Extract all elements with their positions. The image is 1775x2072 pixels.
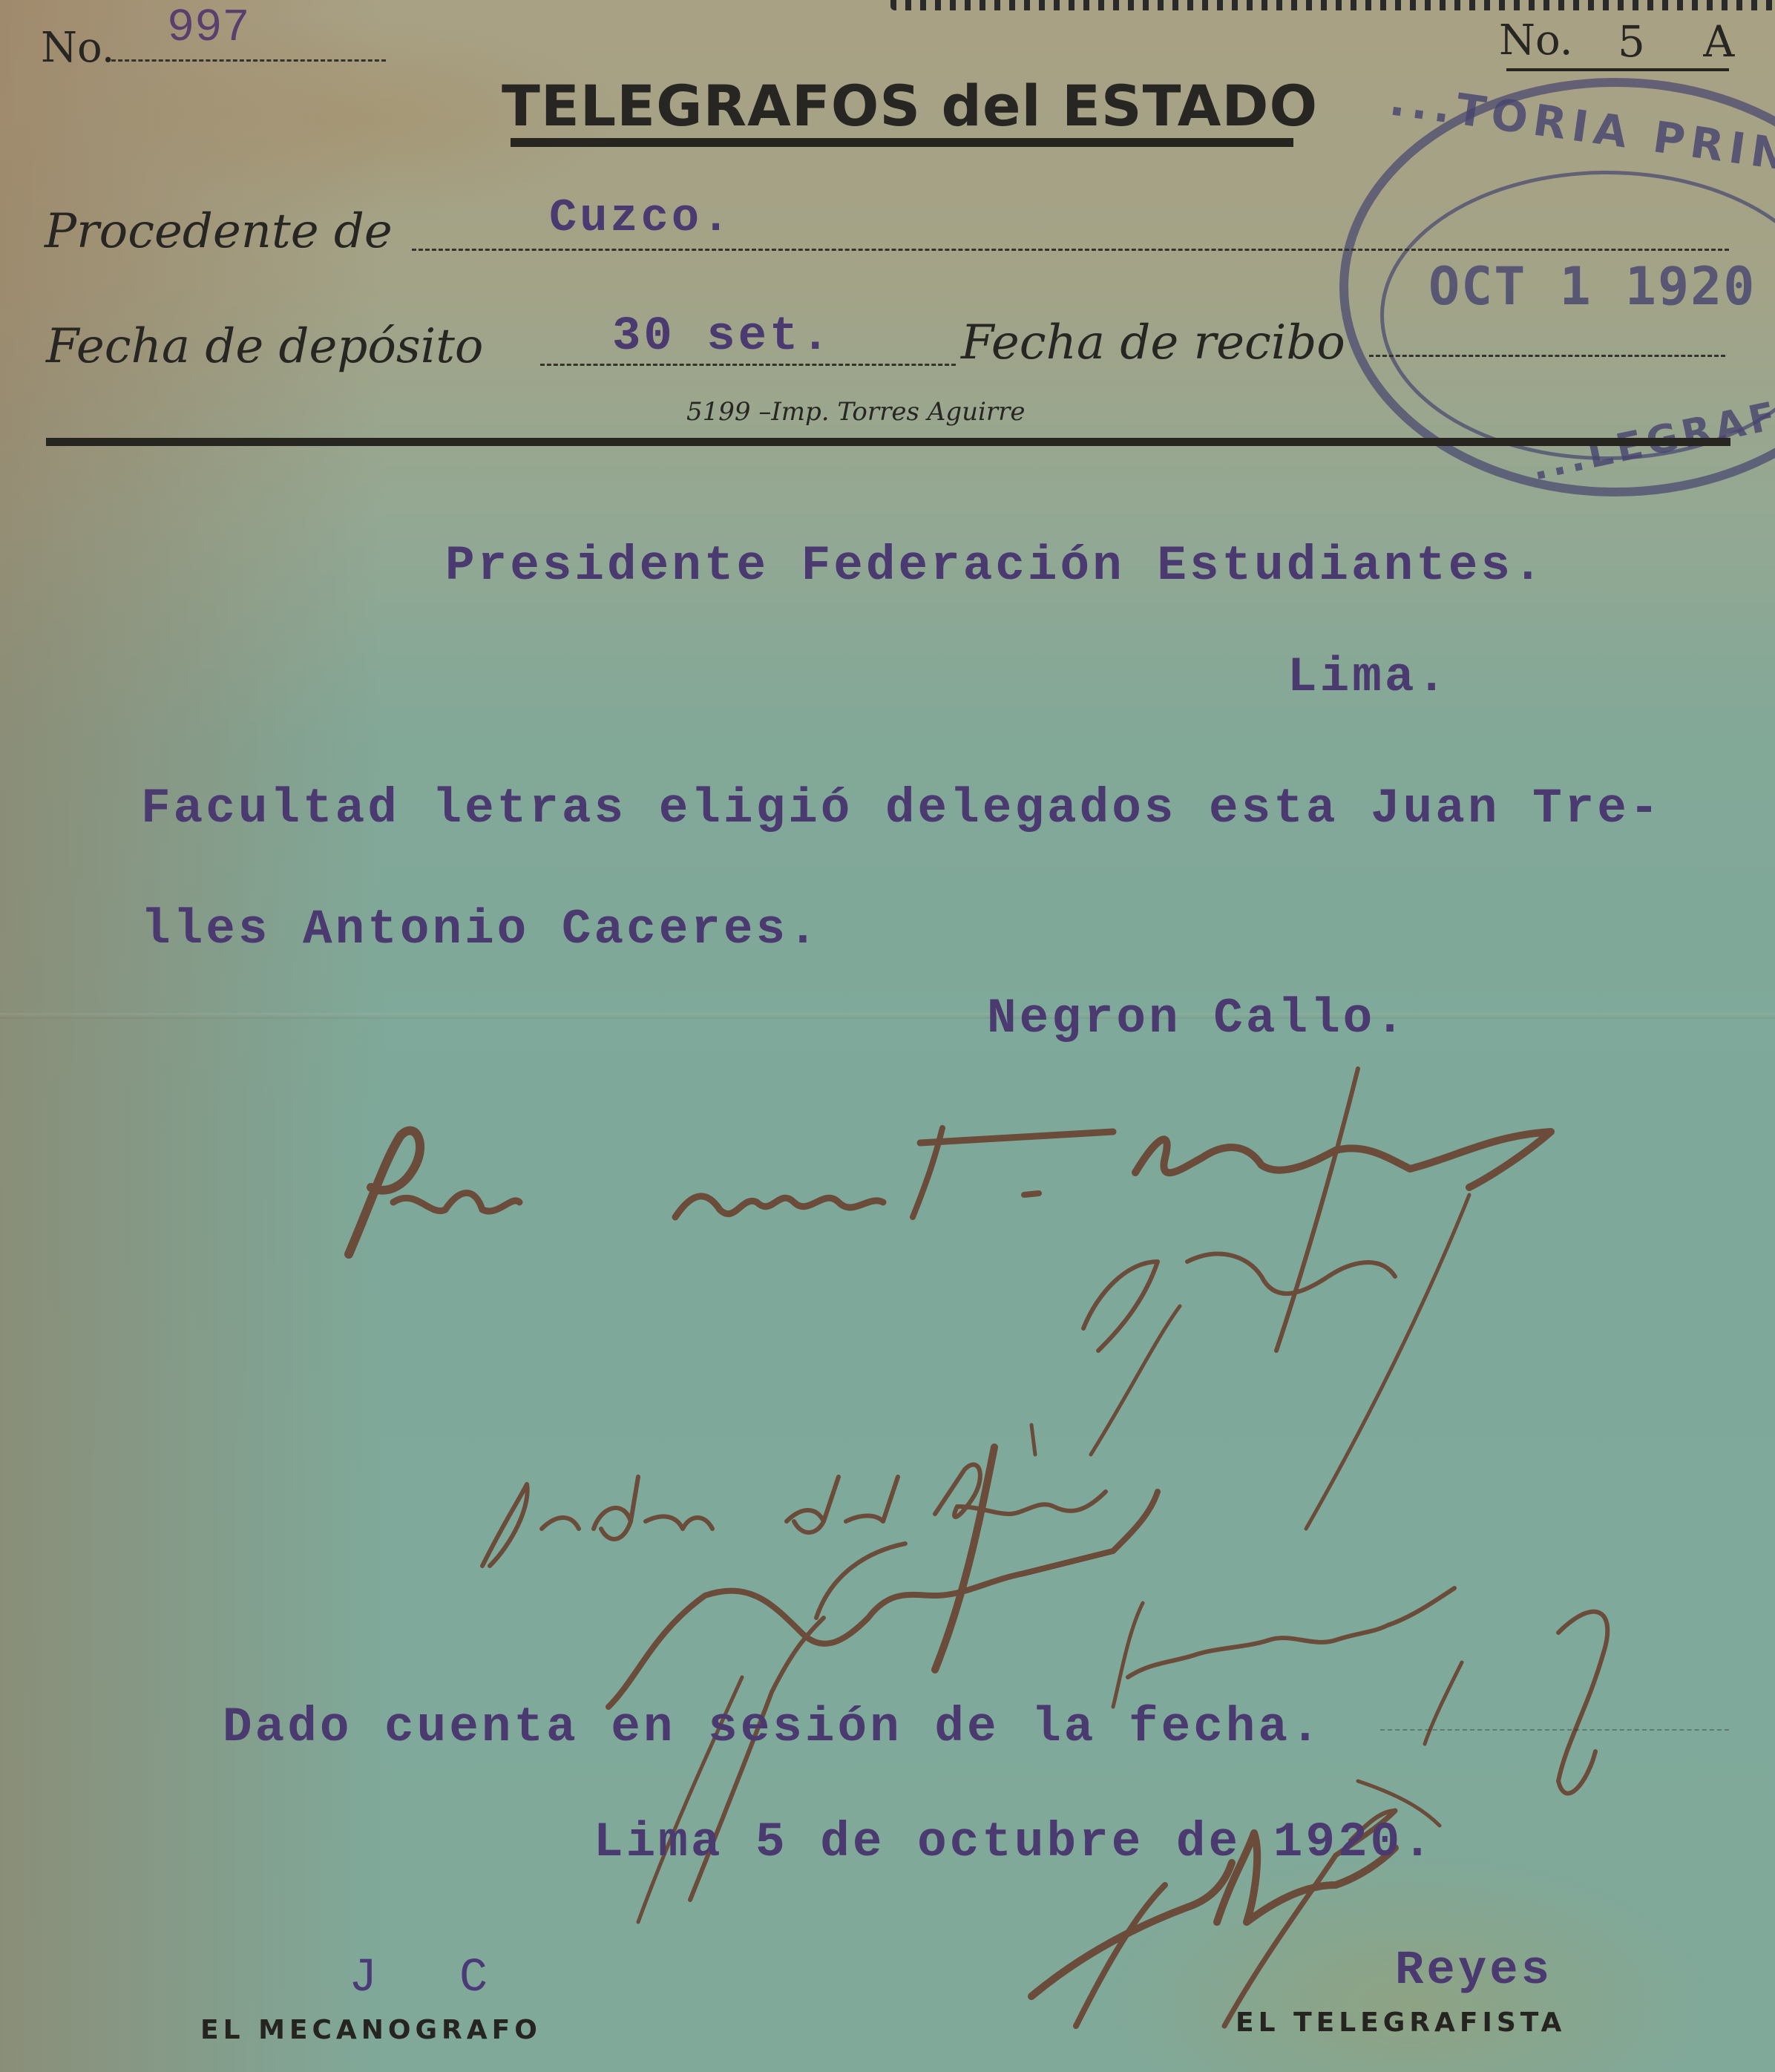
session-date: Lima 5 de octubre de 1920. (594, 1814, 1435, 1870)
typist-label: EL MECANOGRAFO (200, 2015, 542, 2045)
telegraphist-label: EL TELEGRAFISTA (1236, 2007, 1566, 2038)
telegram-form: No. 997 No. 5 A TELEGRAFOS del ESTADO ..… (0, 0, 1775, 2072)
session-note-line (1380, 1729, 1729, 1731)
typist-initials: J C (349, 1952, 514, 2005)
telegraphist-name: Reyes (1395, 1944, 1552, 1998)
session-note: Dado cuenta en sesión de la fecha. (223, 1699, 1323, 1755)
handwritten-signatures (0, 0, 1775, 2072)
